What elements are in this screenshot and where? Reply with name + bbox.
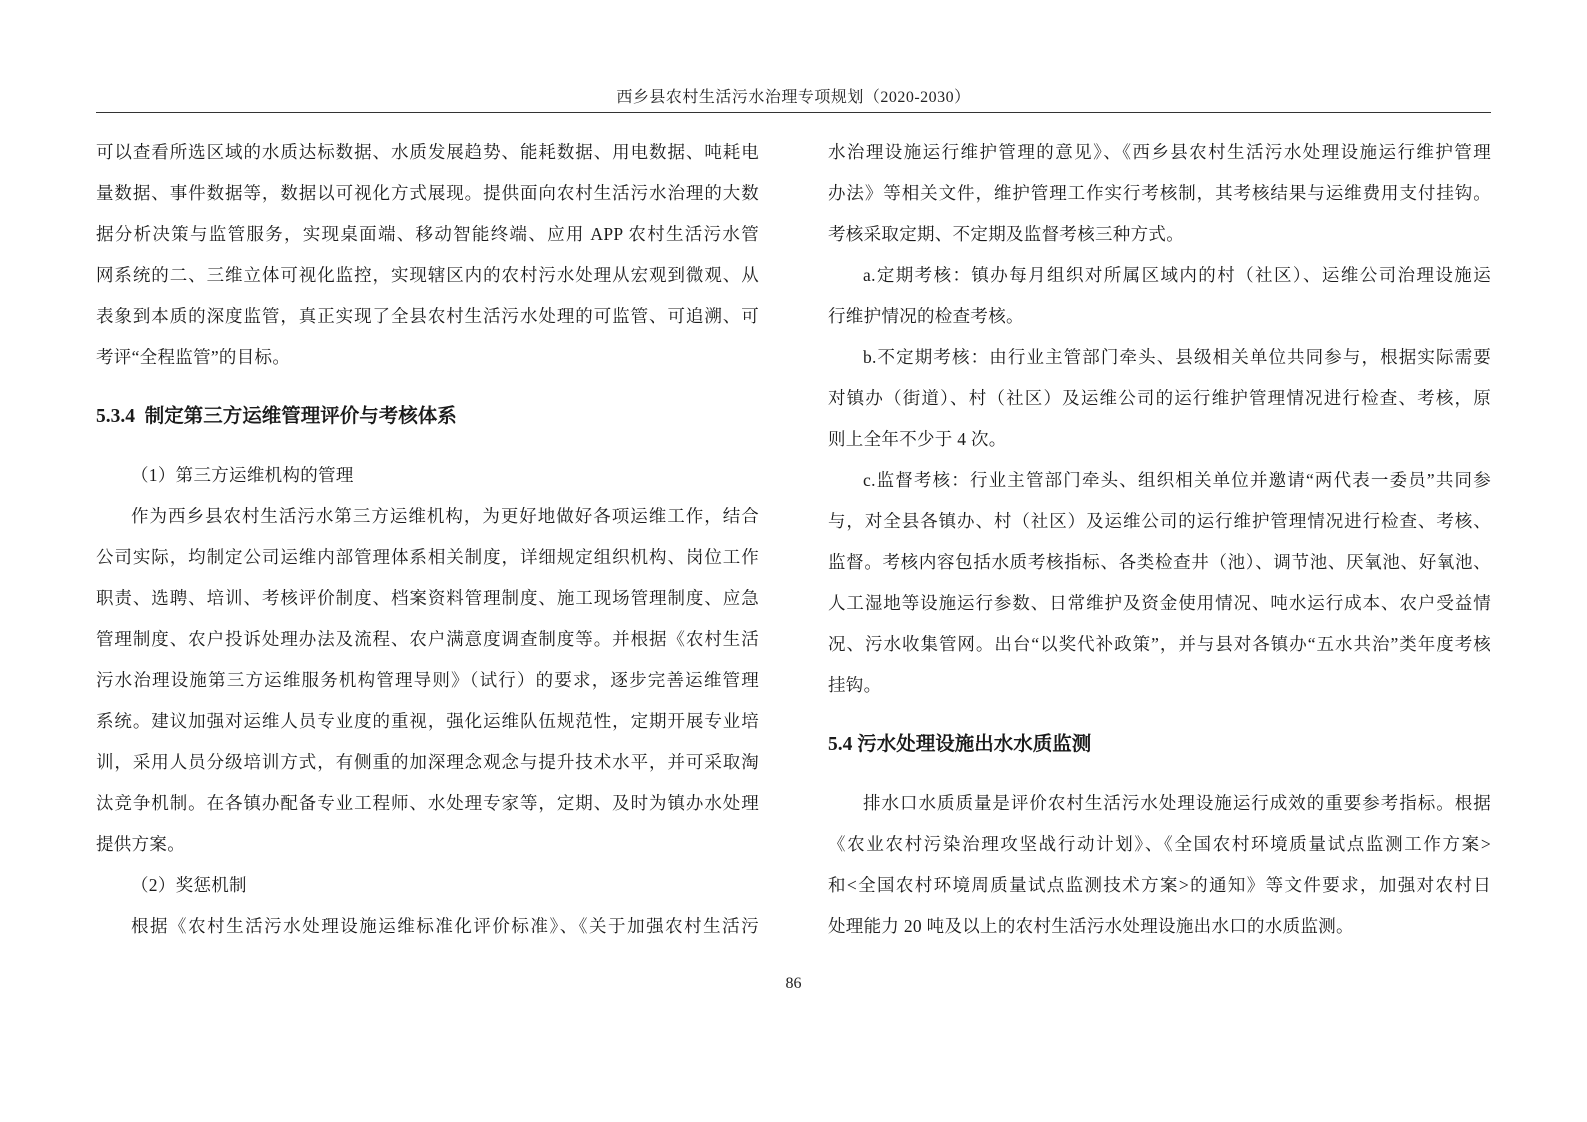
text-line: c.监督考核：行业主管部门牵头、组织相关单位并邀请“两代表一委员”共同参 bbox=[828, 460, 1491, 501]
section-heading: 5.3.4 制定第三方运维管理评价与考核体系 bbox=[96, 396, 759, 437]
text-line: 水治理设施运行维护管理的意见》、《西乡县农村生活污水处理设施运行维护管理 bbox=[828, 132, 1491, 173]
right-column: 水治理设施运行维护管理的意见》、《西乡县农村生活污水处理设施运行维护管理 办法》… bbox=[828, 132, 1491, 947]
text-line: a.定期考核：镇办每月组织对所属区域内的村（社区）、运维公司治理设施运 bbox=[828, 255, 1491, 296]
text-line: 考评“全程监管”的目标。 bbox=[96, 337, 759, 378]
text-line: 系统。建议加强对运维人员专业度的重视，强化运维队伍规范性，定期开展专业培 bbox=[96, 701, 759, 742]
text-line: 《农业农村污染治理攻坚战行动计划》、《全国农村环境质量试点监测工作方案> bbox=[828, 824, 1491, 865]
text-line: b.不定期考核：由行业主管部门牵头、县级相关单位共同参与，根据实际需要 bbox=[828, 337, 1491, 378]
text-line: 作为西乡县农村生活污水第三方运维机构，为更好地做好各项运维工作，结合 bbox=[96, 496, 759, 537]
text-line: 训，采用人员分级培训方式，有侧重的加深理念观念与提升技术水平，并可采取淘 bbox=[96, 742, 759, 783]
text-line: 污水治理设施第三方运维服务机构管理导则》（试行）的要求，逐步完善运维管理 bbox=[96, 660, 759, 701]
text-line: 与，对全县各镇办、村（社区）及运维公司的运行维护管理情况进行检查、考核、 bbox=[828, 501, 1491, 542]
text-line: 考核采取定期、不定期及监督考核三种方式。 bbox=[828, 214, 1491, 255]
page-header: 西乡县农村生活污水治理专项规划（2020-2030） bbox=[96, 84, 1491, 107]
text-line: 网系统的二、三维立体可视化监控，实现辖区内的农村污水处理从宏观到微观、从 bbox=[96, 255, 759, 296]
text-line: 量数据、事件数据等，数据以可视化方式展现。提供面向农村生活污水治理的大数 bbox=[96, 173, 759, 214]
paragraph: 排水口水质质量是评价农村生活污水处理设施运行成效的重要参考指标。根据 《农业农村… bbox=[828, 783, 1491, 947]
text-line: 则上全年不少于 4 次。 bbox=[828, 419, 1491, 460]
text-line: 据分析决策与监管服务，实现桌面端、移动智能终端、应用 APP 农村生活污水管 bbox=[96, 214, 759, 255]
section-heading: 5.4 污水处理设施出水水质监测 bbox=[828, 724, 1491, 765]
list-item-b: b.不定期考核：由行业主管部门牵头、县级相关单位共同参与，根据实际需要 对镇办（… bbox=[828, 337, 1491, 460]
text-line: 挂钩。 bbox=[828, 665, 1491, 706]
paragraph: 水治理设施运行维护管理的意见》、《西乡县农村生活污水处理设施运行维护管理 办法》… bbox=[828, 132, 1491, 255]
subsection-heading: （2）奖惩机制 bbox=[96, 865, 759, 906]
header-rule bbox=[96, 112, 1491, 113]
text-line: 对镇办（街道）、村（社区）及运维公司的运行维护管理情况进行检查、考核，原 bbox=[828, 378, 1491, 419]
page-number: 86 bbox=[0, 975, 1587, 993]
text-line: 根据《农村生活污水处理设施运维标准化评价标准》、《关于加强农村生活污 bbox=[96, 906, 759, 947]
subsection-heading: （1）第三方运维机构的管理 bbox=[96, 455, 759, 496]
text-line: 职责、选聘、培训、考核评价制度、档案资料管理制度、施工现场管理制度、应急 bbox=[96, 578, 759, 619]
text-line: 表象到本质的深度监管，真正实现了全县农村生活污水处理的可监管、可追溯、可 bbox=[96, 296, 759, 337]
text-line: 和<全国农村环境周质量试点监测技术方案>的通知》等文件要求，加强对农村日 bbox=[828, 865, 1491, 906]
text-line: 况、污水收集管网。出台“以奖代补政策”，并与县对各镇办“五水共治”类年度考核 bbox=[828, 624, 1491, 665]
text-line: 公司实际，均制定公司运维内部管理体系相关制度，详细规定组织机构、岗位工作 bbox=[96, 537, 759, 578]
list-item-a: a.定期考核：镇办每月组织对所属区域内的村（社区）、运维公司治理设施运 行维护情… bbox=[828, 255, 1491, 337]
text-line: 管理制度、农户投诉处理办法及流程、农户满意度调查制度等。并根据《农村生活 bbox=[96, 619, 759, 660]
left-column: 可以查看所选区域的水质达标数据、水质发展趋势、能耗数据、用电数据、吨耗电 量数据… bbox=[96, 132, 759, 947]
paragraph: 可以查看所选区域的水质达标数据、水质发展趋势、能耗数据、用电数据、吨耗电 量数据… bbox=[96, 132, 759, 378]
text-line: 人工湿地等设施运行参数、日常维护及资金使用情况、吨水运行成本、农户受益情 bbox=[828, 583, 1491, 624]
text-line: 排水口水质质量是评价农村生活污水处理设施运行成效的重要参考指标。根据 bbox=[828, 783, 1491, 824]
text-line: 可以查看所选区域的水质达标数据、水质发展趋势、能耗数据、用电数据、吨耗电 bbox=[96, 132, 759, 173]
paragraph: 作为西乡县农村生活污水第三方运维机构，为更好地做好各项运维工作，结合 公司实际，… bbox=[96, 496, 759, 865]
paragraph: 根据《农村生活污水处理设施运维标准化评价标准》、《关于加强农村生活污 bbox=[96, 906, 759, 947]
text-line: 汰竞争机制。在各镇办配备专业工程师、水处理专家等，定期、及时为镇办水处理 bbox=[96, 783, 759, 824]
text-line: 提供方案。 bbox=[96, 824, 759, 865]
text-line: 行维护情况的检查考核。 bbox=[828, 296, 1491, 337]
text-line: 办法》等相关文件，维护管理工作实行考核制，其考核结果与运维费用支付挂钩。 bbox=[828, 173, 1491, 214]
text-line: 处理能力 20 吨及以上的农村生活污水处理设施出水口的水质监测。 bbox=[828, 906, 1491, 947]
list-item-c: c.监督考核：行业主管部门牵头、组织相关单位并邀请“两代表一委员”共同参 与，对… bbox=[828, 460, 1491, 706]
text-line: 监督。考核内容包括水质考核指标、各类检查井（池）、调节池、厌氧池、好氧池、 bbox=[828, 542, 1491, 583]
